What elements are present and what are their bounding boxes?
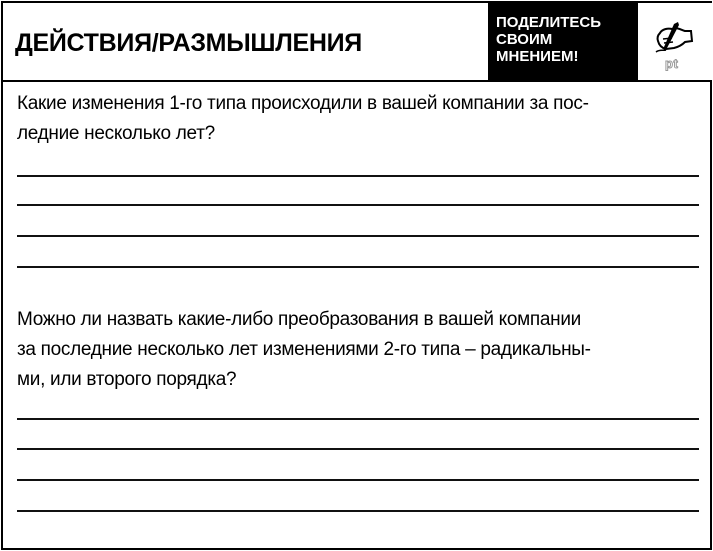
question-text-line: Можно ли назвать какие-либо преобразован… xyxy=(17,305,702,335)
share-line: СВОИМ xyxy=(496,31,631,48)
answer-line[interactable] xyxy=(17,204,699,206)
question-text-line: ми, или второго порядка? xyxy=(17,365,702,395)
share-opinion-box: ПОДЕЛИТЕСЬ СВОИМ МНЕНИЕМ! xyxy=(488,3,636,80)
question-1: Какие изменения 1-го типа происходили в … xyxy=(17,89,702,149)
reflection-card: ДЕЙСТВИЯ/РАЗМЫШЛЕНИЯ ПОДЕЛИТЕСЬ СВОИМ МН… xyxy=(1,1,712,550)
question-text-line: Какие изменения 1-го типа происходили в … xyxy=(17,89,702,119)
answer-line[interactable] xyxy=(17,418,699,420)
card-header: ДЕЙСТВИЯ/РАЗМЫШЛЕНИЯ ПОДЕЛИТЕСЬ СВОИМ МН… xyxy=(3,3,710,82)
share-opinion-text: ПОДЕЛИТЕСЬ СВОИМ МНЕНИЕМ! xyxy=(496,14,631,65)
answer-line[interactable] xyxy=(17,448,699,450)
share-line: МНЕНИЕМ! xyxy=(496,48,631,65)
publisher-mark: pt xyxy=(665,56,678,71)
question-2: Можно ли назвать какие-либо преобразован… xyxy=(17,305,702,395)
answer-line[interactable] xyxy=(17,175,699,177)
question-text-line: за последние несколько лет изменениями 2… xyxy=(17,335,702,365)
page-title: ДЕЙСТВИЯ/РАЗМЫШЛЕНИЯ xyxy=(15,29,362,58)
question-text-line: ледние несколько лет? xyxy=(17,119,702,149)
answer-line[interactable] xyxy=(17,510,699,512)
writing-hand-icon xyxy=(652,21,696,55)
answer-line[interactable] xyxy=(17,479,699,481)
share-line: ПОДЕЛИТЕСЬ xyxy=(496,14,631,31)
answer-line[interactable] xyxy=(17,235,699,237)
icon-box: pt xyxy=(636,3,712,80)
answer-line[interactable] xyxy=(17,266,699,268)
